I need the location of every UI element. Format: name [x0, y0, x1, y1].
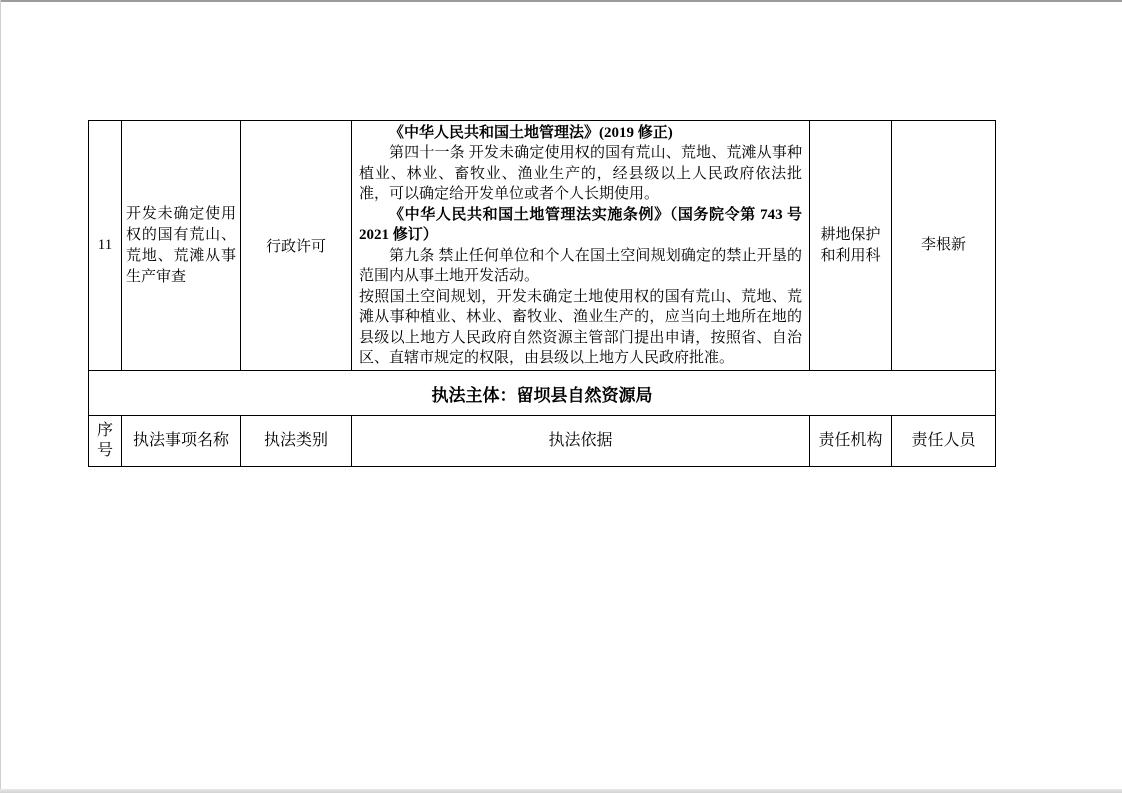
page-top-edge — [0, 0, 1122, 2]
header-serial-number: 序号 — [89, 416, 122, 467]
cell-legal-basis: 《中华人民共和国土地管理法》(2019 修正) 第四十一条 开发未确定使用权的国… — [352, 121, 810, 371]
legal-basis-regulation-title: 《中华人民共和国土地管理法实施条例》（国务院令第 743 号 2021 修订） — [359, 205, 802, 246]
cell-enforcement-item-name: 开发未确定使用权的国有荒山、荒地、荒滩从事生产审查 — [122, 121, 241, 371]
table-row-enforcement-subject: 执法主体：留坝县自然资源局 — [89, 371, 996, 416]
cell-responsible-department: 耕地保护和利用科 — [810, 121, 892, 371]
cell-enforcement-subject: 执法主体：留坝县自然资源局 — [89, 371, 996, 416]
header-responsible-department: 责任机构 — [810, 416, 892, 467]
page-bottom-edge — [0, 789, 1122, 793]
legal-basis-article-9: 第九条 禁止任何单位和个人在国土空间规划确定的禁止开垦的范围内从事土地开发活动。 — [359, 246, 802, 287]
cell-responsible-person: 李根新 — [892, 121, 996, 371]
cell-enforcement-category: 行政许可 — [241, 121, 352, 371]
cell-serial-number: 11 — [89, 121, 122, 371]
legal-basis-procedure-paragraph: 按照国土空间规划，开发未确定土地使用权的国有荒山、荒地、荒滩从事种植业、林业、畜… — [359, 287, 802, 369]
table-header-row: 序号 执法事项名称 执法类别 执法依据 责任机构 责任人员 — [89, 416, 996, 467]
table-row-item-11: 11 开发未确定使用权的国有荒山、荒地、荒滩从事生产审查 行政许可 《中华人民共… — [89, 121, 996, 371]
page-left-edge — [0, 0, 1, 793]
header-responsible-person: 责任人员 — [892, 416, 996, 467]
enforcement-items-table: 11 开发未确定使用权的国有荒山、荒地、荒滩从事生产审查 行政许可 《中华人民共… — [88, 120, 996, 467]
header-enforcement-category: 执法类别 — [241, 416, 352, 467]
header-enforcement-item-name: 执法事项名称 — [122, 416, 241, 467]
legal-basis-article-41: 第四十一条 开发未确定使用权的国有荒山、荒地、荒滩从事种植业、林业、畜牧业、渔业… — [359, 143, 802, 205]
header-legal-basis: 执法依据 — [352, 416, 810, 467]
legal-basis-law-title: 《中华人民共和国土地管理法》(2019 修正) — [359, 123, 802, 144]
